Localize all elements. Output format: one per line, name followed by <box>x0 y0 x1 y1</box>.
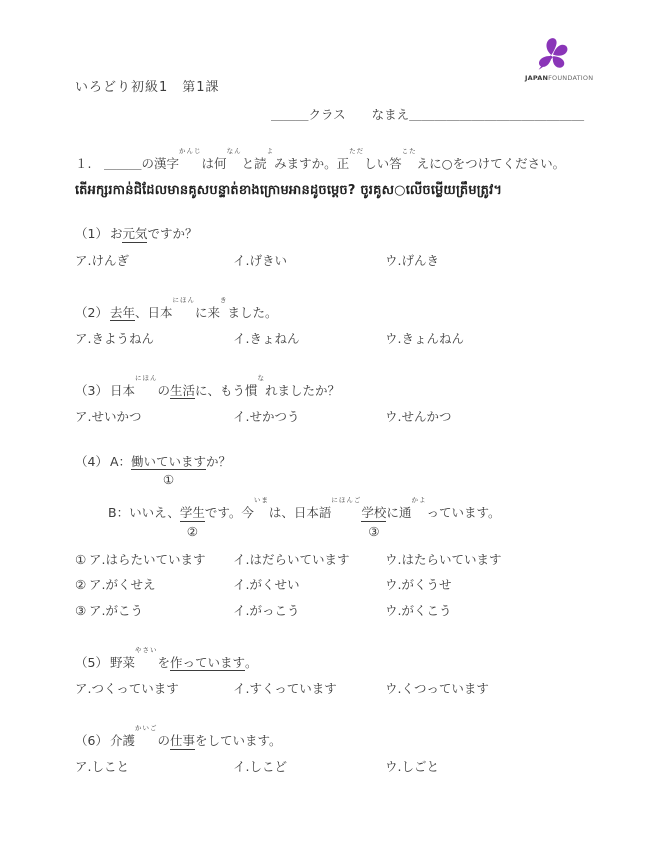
stem-text: １. <box>75 156 104 171</box>
underlined-term: 去年 <box>110 305 135 322</box>
name-label: なまえ <box>372 107 410 122</box>
stem-text: を <box>157 655 170 670</box>
question-block: （5）野菜やさいを作っています。ア.つくっていますイ.すくっていますウ.くつって… <box>75 646 579 701</box>
kanji-text: 正 <box>337 156 350 171</box>
choice-option: ウ.がくこう <box>385 599 451 623</box>
stem-text: は <box>202 156 215 171</box>
kanji-text: 読 <box>254 156 267 171</box>
kanji-text: 野菜 <box>110 655 135 670</box>
stem-text: に <box>195 305 208 320</box>
stem-text: は、 <box>269 505 294 520</box>
choice-option: ウ.きょんねん <box>385 327 464 351</box>
underlined-term: 働いています① <box>131 454 206 471</box>
stem-text: 日本にほん <box>110 383 158 398</box>
choice-option: ア.しこと <box>75 755 233 779</box>
questions: （1）お元気ですか？ア.けんぎイ.げきいウ.げんき（2）去年、日本にほんに来きま… <box>75 224 579 779</box>
choice-option: イ.がくせい <box>233 573 385 597</box>
logo-text-japan: JAPAN <box>525 74 548 82</box>
underlined-term: 学生② <box>180 505 205 522</box>
question-block: （6）介護かいごの仕事をしています。ア.しことイ.しこどウ.しごと <box>75 724 579 779</box>
stem-text: っています。 <box>426 505 500 520</box>
choice-option: イ.すくっています <box>233 677 385 701</box>
furigana-text: かんじ <box>179 147 202 155</box>
choice-option: ウ.しごと <box>385 755 439 779</box>
question-block: （2）去年、日本にほんに来きました。ア.きようねんイ.きょねんウ.きょんねん <box>75 296 579 351</box>
stem-text: と <box>242 156 255 171</box>
choice-option: ア.きようねん <box>75 327 233 351</box>
circled-number: ① <box>163 472 174 488</box>
worksheet-page: JAPANFOUNDATION いろどり初級1 第1課 ＿＿＿クラスなまえ＿＿＿… <box>0 0 653 844</box>
choice-option: イ.はだらいています <box>233 548 385 572</box>
japan-foundation-logo: JAPANFOUNDATION <box>525 33 581 82</box>
choice-row: ③ア.がこうイ.がっこうウ.がくこう <box>75 599 579 623</box>
choice-option: イ.げきい <box>233 249 385 273</box>
choice-row-number: ③ <box>75 599 89 623</box>
course-title: いろどり初級1 第1課 <box>75 76 579 95</box>
choice-option: ウ.くつっています <box>385 677 489 701</box>
stem-text: 、 <box>135 305 148 320</box>
question-stem: （2）去年、日本にほんに来きました。 <box>75 296 579 322</box>
class-blank-field: ＿＿＿ <box>271 107 309 122</box>
furigana-text: にほん <box>173 296 196 304</box>
choice-option: ア.がこう <box>89 599 233 623</box>
furigana-text: よ <box>267 147 275 155</box>
choice-row: ア.きようねんイ.きょねんウ.きょんねん <box>75 327 579 351</box>
underlined-term: 仕事 <box>170 733 195 750</box>
question-stem: （4）A：働いています①か？ <box>75 452 579 471</box>
kanji-text: 慣 <box>245 383 258 398</box>
choice-option: ア.せいかつ <box>75 405 233 429</box>
furigana-text: こた <box>402 147 417 155</box>
question-stem: （3）日本にほんの生活に、もう慣なれましたか？ <box>75 374 579 400</box>
question-number: （1） <box>75 226 108 241</box>
kanji-text: 何 <box>214 156 227 171</box>
stem-text: の <box>157 733 170 748</box>
choice-option: ア.けんぎ <box>75 249 233 273</box>
kanji-text: 介護 <box>110 733 135 748</box>
stem-text: 漢字かんじ <box>154 156 202 171</box>
choice-option: イ.きょねん <box>233 327 385 351</box>
stem-text: みますか。 <box>274 156 337 171</box>
stem-text: ですか？ <box>147 226 197 241</box>
furigana-text: かいご <box>135 724 158 732</box>
choice-option: ウ.がくうせ <box>385 573 451 597</box>
furigana-text: な <box>258 374 266 382</box>
stem-text: 答こた <box>389 156 417 171</box>
stem-text: お <box>110 226 123 241</box>
furigana-text: なん <box>227 147 242 155</box>
logo-wordmark: JAPANFOUNDATION <box>525 74 581 82</box>
instruction-khmer: តើអក្សរកាន់ជិដែលមានគូសបន្ទាត់ខាងក្រោមអាន… <box>75 182 579 201</box>
stem-text: です。 <box>205 505 242 520</box>
furigana-text: にほん <box>135 374 158 382</box>
stem-text: に、もう <box>195 383 245 398</box>
question-stem: （1）お元気ですか？ <box>75 224 579 243</box>
class-name-line: ＿＿＿クラスなまえ＿＿＿＿＿＿＿＿＿＿＿＿＿＿ <box>75 105 579 123</box>
furigana-text: き <box>220 296 228 304</box>
question-stem: B：いいえ、学生②です。今いまは、日本語にほんご学校③に通かよっています。 <box>108 496 579 522</box>
choice-row: ア.けんぎイ.げきいウ.げんき <box>75 249 579 273</box>
stem-text: れましたか？ <box>265 383 340 398</box>
furigana-text: やさい <box>135 646 158 654</box>
kanji-text: 日本語 <box>294 505 332 520</box>
kanji-text: 漢字 <box>154 156 179 171</box>
underlined-term: 作っています <box>170 655 245 672</box>
choice-row: ア.しことイ.しこどウ.しごと <box>75 755 579 779</box>
question-stem: （5）野菜やさいを作っています。 <box>75 646 579 672</box>
choice-row-number: ① <box>75 548 89 572</box>
stem-text: 野菜やさい <box>110 655 158 670</box>
question-stem: （6）介護かいごの仕事をしています。 <box>75 724 579 750</box>
choice-row: ア.せいかつイ.せかつうウ.せんかつ <box>75 405 579 429</box>
choice-option: ア.はらたいています <box>89 548 233 572</box>
name-blank-field: ＿＿＿＿＿＿＿＿＿＿＿＿＿＿ <box>409 107 584 122</box>
stem-text: しい <box>364 156 389 171</box>
choice-option: ウ.はたらいています <box>385 548 501 572</box>
stem-text: B：いいえ、 <box>108 505 180 520</box>
stem-text: 正ただ <box>337 156 365 171</box>
stem-text: 来き <box>208 305 228 320</box>
underlined-term: 生活 <box>170 383 195 400</box>
stem-text: をしています。 <box>195 733 282 748</box>
kanji-text: 答 <box>389 156 402 171</box>
choice-option: ア.つくっています <box>75 677 233 701</box>
choice-option: イ.がっこう <box>233 599 385 623</box>
furigana-text: いま <box>254 496 269 504</box>
question-block: （3）日本にほんの生活に、もう慣なれましたか？ア.せいかつイ.せかつうウ.せんか… <box>75 374 579 429</box>
stem-text: 通かよ <box>399 505 427 520</box>
choice-row-number: ② <box>75 573 89 597</box>
kanji-text: 来 <box>208 305 221 320</box>
question-number: （5） <box>75 655 108 670</box>
stem-text: 何なん <box>214 156 242 171</box>
logo-text-foundation: FOUNDATION <box>548 74 593 82</box>
question-block: （4）A：働いています①か？B：いいえ、学生②です。今いまは、日本語にほんご学校… <box>75 452 579 623</box>
stem-text: A： <box>110 454 131 469</box>
kanji-text: 今 <box>241 505 254 520</box>
stem-text: の <box>157 383 170 398</box>
question-number: （6） <box>75 733 108 748</box>
question-number: （4） <box>75 454 108 469</box>
kanji-text: 日本 <box>147 305 172 320</box>
stem-text: の <box>142 156 155 171</box>
stem-text: 日本にほん <box>147 305 195 320</box>
kanji-text: 通 <box>399 505 412 520</box>
stem-text: えに○をつけてください。 <box>417 156 565 171</box>
circled-number: ③ <box>368 524 379 540</box>
choice-row: ②ア.がくせえイ.がくせいウ.がくうせ <box>75 573 579 597</box>
choice-option: イ.せかつう <box>233 405 385 429</box>
stem-text: 介護かいご <box>110 733 158 748</box>
stem-text: 今いま <box>241 505 269 520</box>
choice-row: ①ア.はらたいていますイ.はだらいていますウ.はたらいています <box>75 548 579 572</box>
question-block: （1）お元気ですか？ア.けんぎイ.げきいウ.げんき <box>75 224 579 272</box>
furigana-text: ただ <box>349 147 364 155</box>
class-label: クラス <box>309 107 346 122</box>
choice-option: イ.しこど <box>233 755 385 779</box>
stem-text: 。 <box>245 655 258 670</box>
kanji-text: 日本 <box>110 383 135 398</box>
choice-option: ウ.せんかつ <box>385 405 451 429</box>
jf-flower-icon <box>532 33 574 73</box>
stem-text: 読よ <box>254 156 274 171</box>
underlined-term: 元気 <box>122 226 147 243</box>
stem-text: に <box>386 505 399 520</box>
furigana-text: にほんご <box>331 496 361 504</box>
choice-option: ア.がくせえ <box>89 573 233 597</box>
stem-text: ＿＿＿ <box>104 156 142 171</box>
stem-text: ました。 <box>228 305 278 320</box>
question-number: （3） <box>75 383 108 398</box>
instruction-japanese: １. ＿＿＿の漢字かんじは何なんと読よみますか。正ただしい答こたえに○をつけてく… <box>75 147 579 173</box>
stem-text: 慣な <box>245 383 265 398</box>
question-number: （2） <box>75 305 108 320</box>
stem-text: 日本語にほんご <box>294 505 362 520</box>
circled-number: ② <box>187 524 198 540</box>
furigana-text: かよ <box>411 496 426 504</box>
choice-row: ア.つくっていますイ.すくっていますウ.くつっています <box>75 677 579 701</box>
choice-option: ウ.げんき <box>385 249 439 273</box>
underlined-term: 学校③ <box>361 505 386 522</box>
page-content: いろどり初級1 第1課 ＿＿＿クラスなまえ＿＿＿＿＿＿＿＿＿＿＿＿＿＿ １. ＿… <box>0 0 653 779</box>
stem-text: か？ <box>206 454 231 469</box>
